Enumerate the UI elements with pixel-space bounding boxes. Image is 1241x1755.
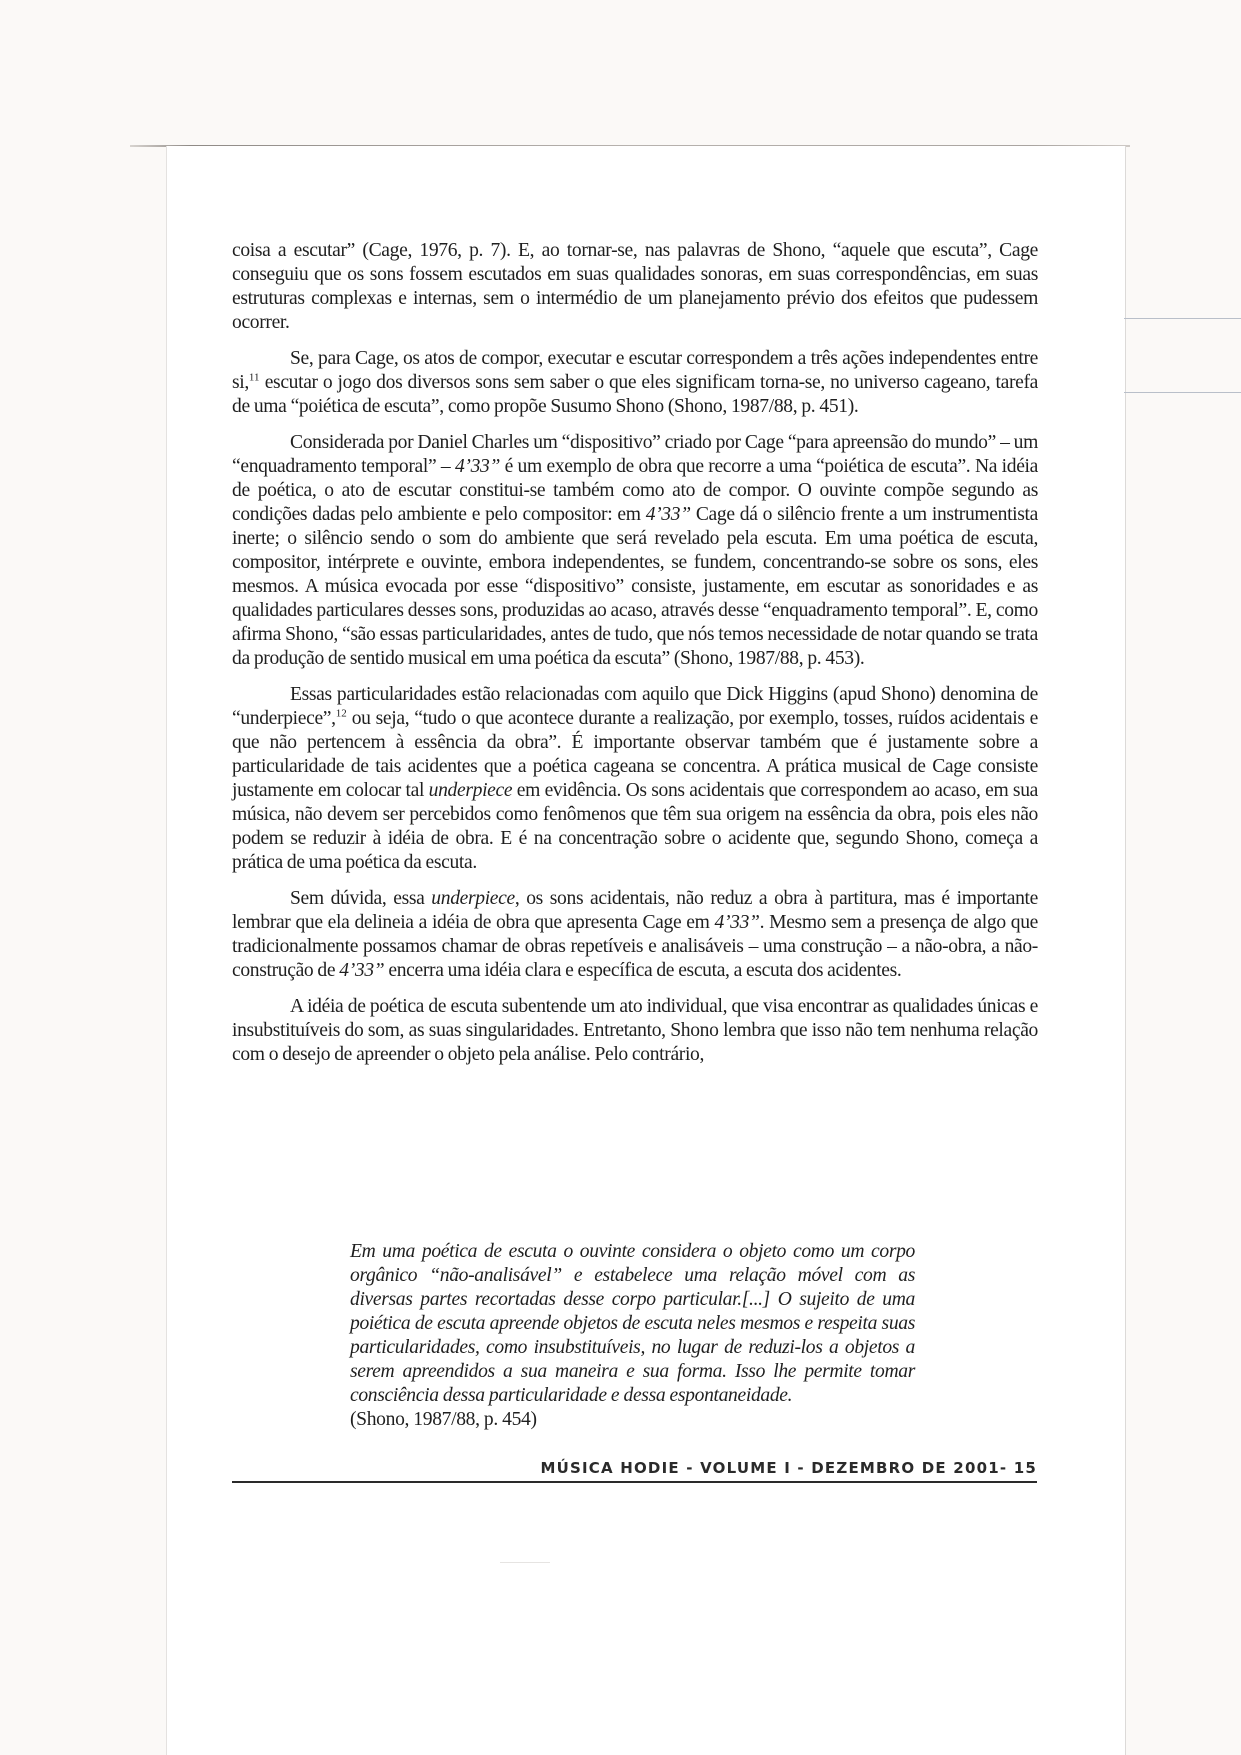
adjacent-page-edge-line bbox=[1124, 318, 1241, 319]
footer-rule bbox=[232, 1481, 1037, 1483]
footer-separator: - bbox=[1000, 1459, 1014, 1477]
footnote-marker: 11 bbox=[249, 371, 260, 383]
block-quote: Em uma poética de escuta o ouvinte consi… bbox=[350, 1240, 915, 1432]
body-text: coisa a escutar” (Cage, 1976, p. 7). E, … bbox=[232, 239, 1038, 1079]
page-footer: MÚSICA HODIE - VOLUME I - DEZEMBRO DE 20… bbox=[232, 1458, 1037, 1483]
page-number: 15 bbox=[1014, 1459, 1037, 1477]
footer-journal: MÚSICA HODIE bbox=[541, 1459, 680, 1477]
italic-title: underpiece bbox=[429, 780, 513, 801]
footer-date: DEZEMBRO DE 2001 bbox=[811, 1459, 1000, 1477]
italic-title: underpiece bbox=[431, 888, 515, 909]
text-run: A idéia de poética de escuta subentende … bbox=[232, 996, 1038, 1065]
italic-title: 4’33” bbox=[715, 912, 760, 933]
footer-volume: VOLUME I bbox=[700, 1459, 791, 1477]
text-run: Cage dá o silêncio frente a um instrumen… bbox=[232, 504, 1038, 669]
text-run: Sem dúvida, essa bbox=[290, 888, 431, 909]
text-run: coisa a escutar” (Cage, 1976, p. 7). E, … bbox=[232, 240, 1038, 333]
paragraph: Sem dúvida, essa underpiece, os sons aci… bbox=[232, 887, 1038, 983]
italic-title: 4’33” bbox=[646, 504, 691, 525]
block-quote-citation: (Shono, 1987/88, p. 454) bbox=[350, 1408, 915, 1432]
footer-separator: - bbox=[791, 1459, 811, 1477]
paragraph: A idéia de poética de escuta subentende … bbox=[232, 995, 1038, 1067]
text-run: escutar o jogo dos diversos sons sem sab… bbox=[232, 372, 1038, 417]
paragraph: Se, para Cage, os atos de compor, execut… bbox=[232, 347, 1038, 419]
paragraph: coisa a escutar” (Cage, 1976, p. 7). E, … bbox=[232, 239, 1038, 335]
block-quote-text: Em uma poética de escuta o ouvinte consi… bbox=[350, 1240, 915, 1408]
footer-separator: - bbox=[680, 1459, 700, 1477]
paragraph: Considerada por Daniel Charles um “dispo… bbox=[232, 431, 1038, 671]
adjacent-page-edge-line bbox=[1124, 392, 1241, 393]
italic-title: 4’33” bbox=[455, 456, 500, 477]
scan-artifact bbox=[500, 1562, 550, 1563]
paragraph: Essas particularidades estão relacionada… bbox=[232, 683, 1038, 875]
italic-title: 4’33” bbox=[339, 960, 384, 981]
footer-running-title: MÚSICA HODIE - VOLUME I - DEZEMBRO DE 20… bbox=[232, 1458, 1037, 1478]
footnote-marker: 12 bbox=[336, 707, 347, 719]
text-run: encerra uma idéia clara e específica de … bbox=[384, 960, 901, 981]
